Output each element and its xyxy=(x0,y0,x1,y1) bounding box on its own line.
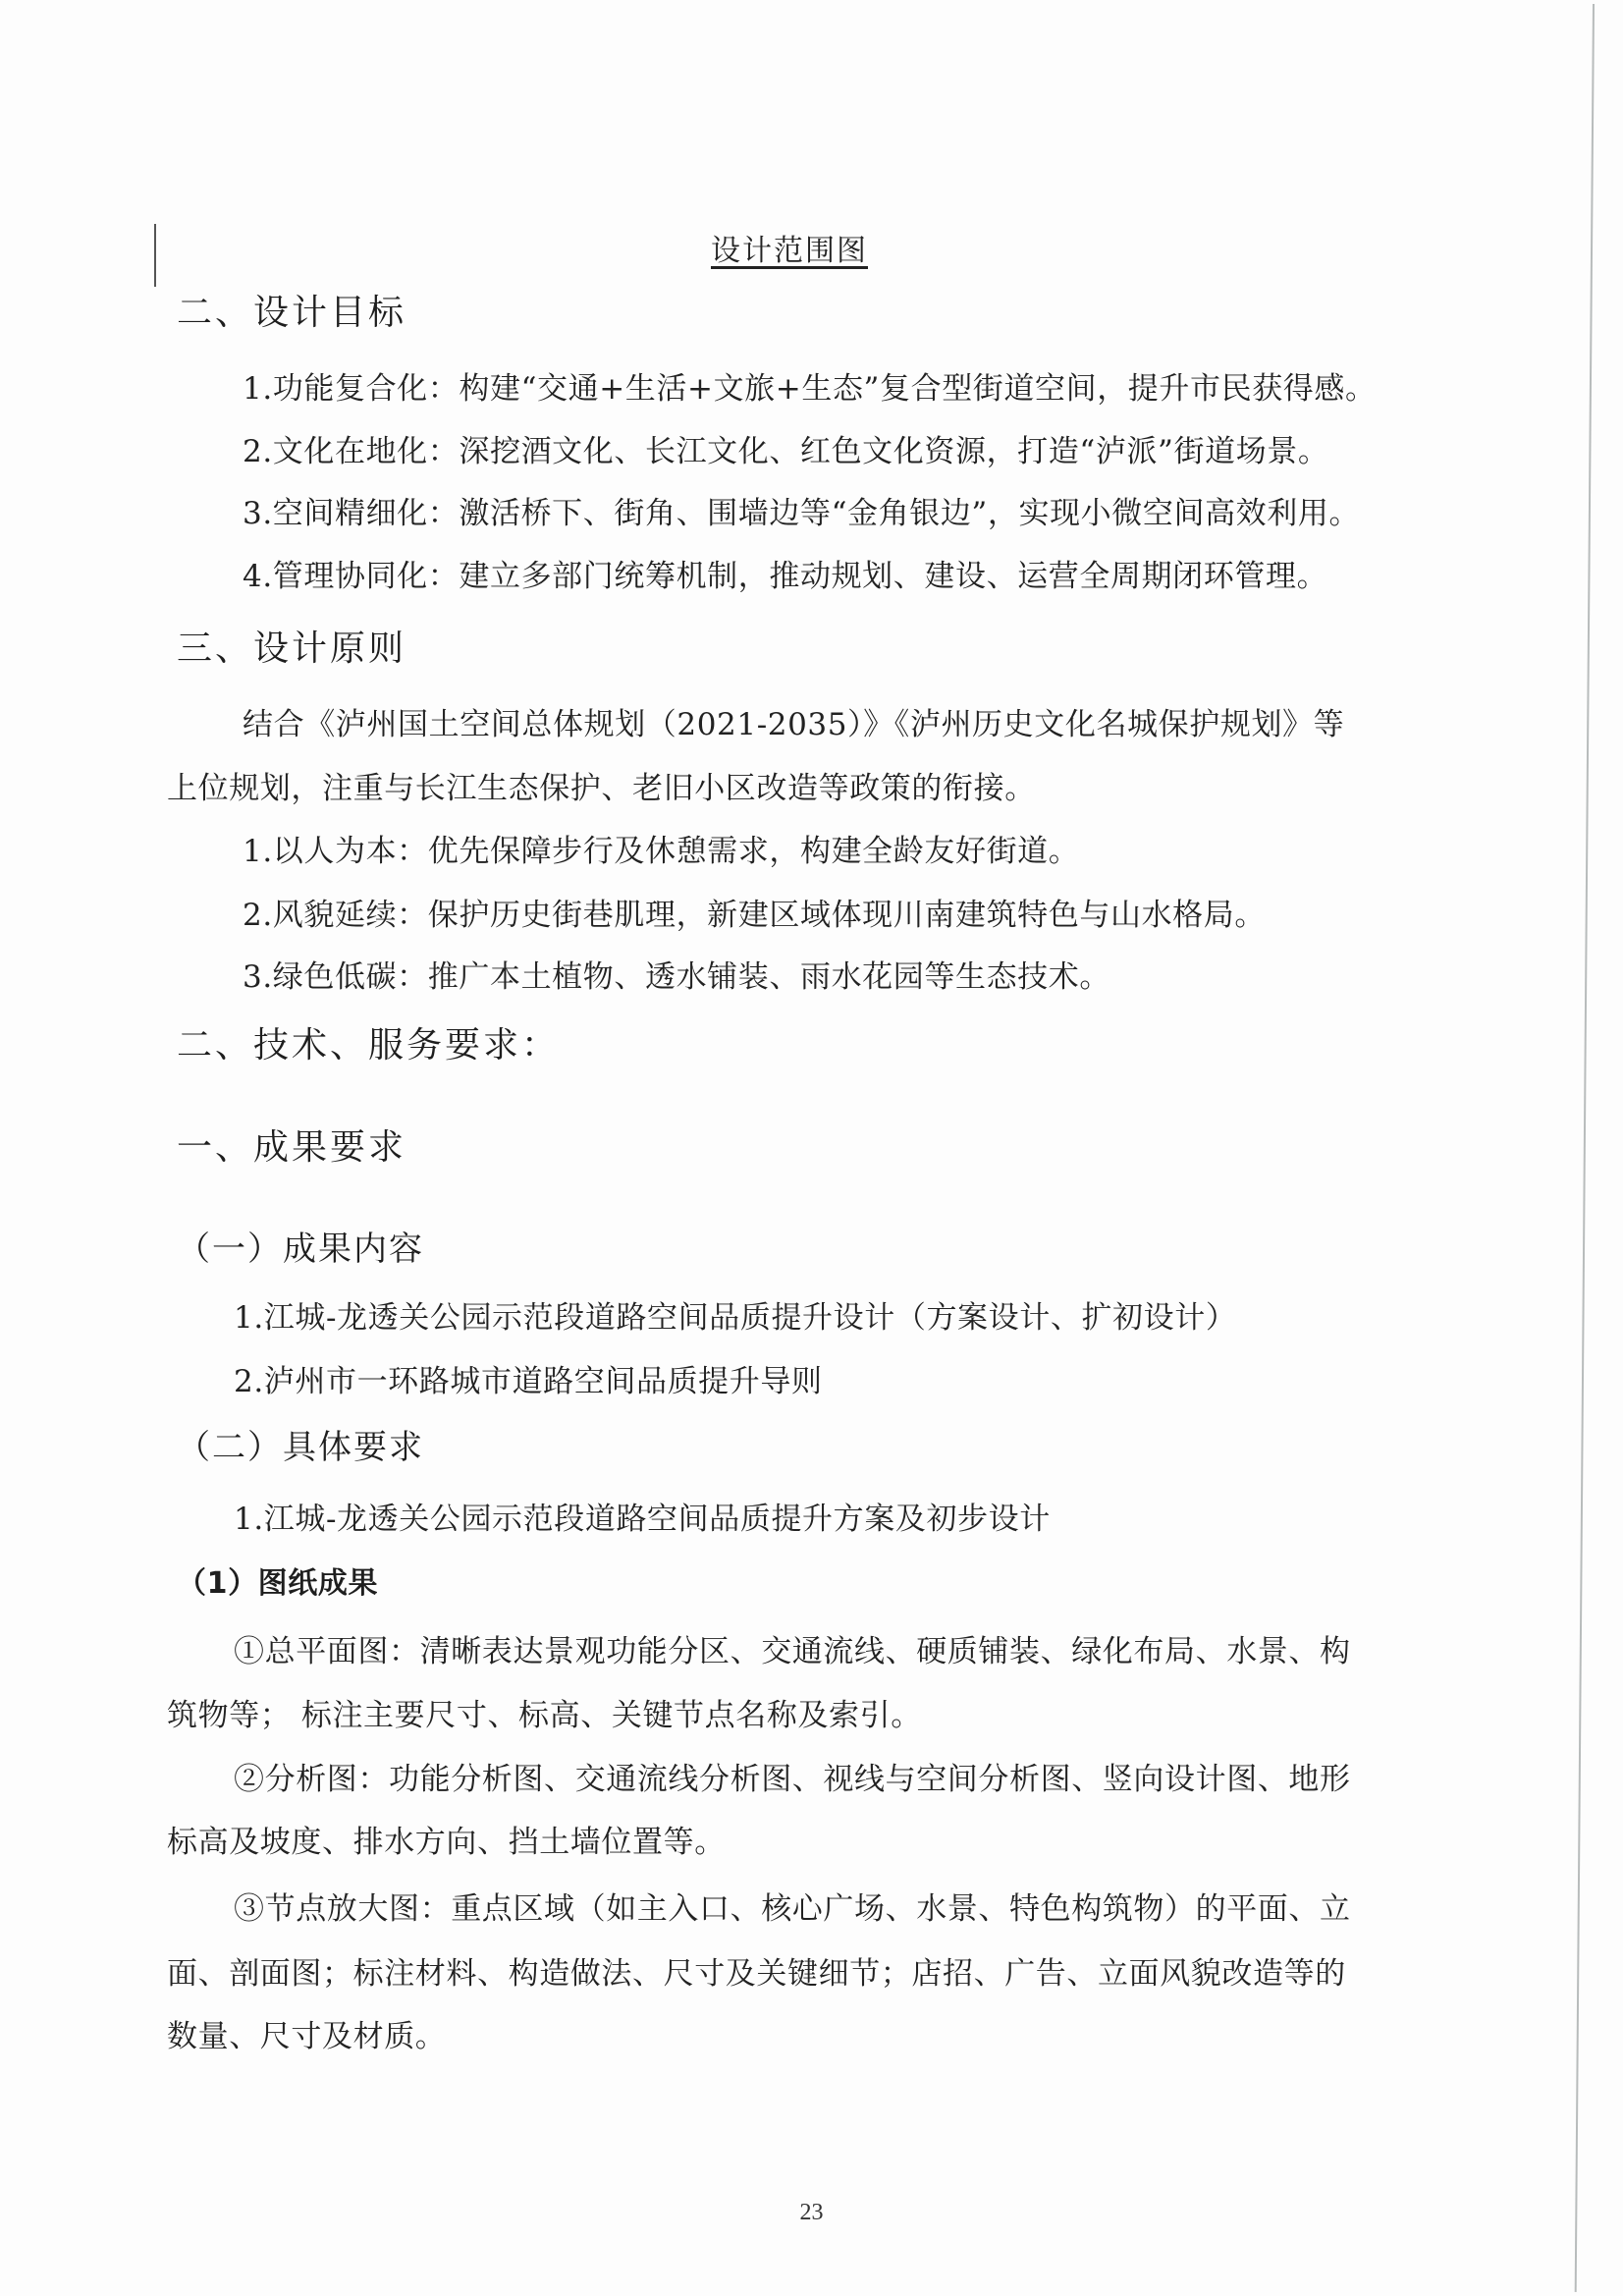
principles-intro-line2: 上位规划，注重与长江生态保护、老旧小区改造等政策的衔接。 xyxy=(167,769,1036,808)
goal-item-4: 4.管理协同化：建立多部门统筹机制，推动规划、建设、运营全周期闭环管理。 xyxy=(243,557,1327,596)
principle-item-1: 1.以人为本：优先保障步行及休憩需求，构建全龄友好街道。 xyxy=(243,832,1079,871)
deliverable-item-2: 2.泸州市一环路城市道路空间品质提升导则 xyxy=(234,1362,823,1401)
margin-bar xyxy=(154,224,156,287)
goal-item-3: 3.空间精细化：激活桥下、街角、围墙边等“金角银边”，实现小微空间高效利用。 xyxy=(243,494,1360,533)
principle-item-3: 3.绿色低碳：推广本土植物、透水铺装、雨水花园等生态技术。 xyxy=(243,957,1110,997)
subheading-deliverable-content: （一）成果内容 xyxy=(177,1228,424,1271)
scan-edge-line xyxy=(1575,4,1595,2292)
drawing-p3-line1: ③节点放大图：重点区域（如主入口、核心广场、水景、特色构筑物）的平面、立 xyxy=(234,1889,1351,1929)
deliverable-item-1: 1.江城-龙透关公园示范段道路空间品质提升设计（方案设计、扩初设计） xyxy=(234,1298,1236,1338)
specific-item-1: 1.江城-龙透关公园示范段道路空间品质提升方案及初步设计 xyxy=(234,1500,1051,1539)
goal-item-1: 1.功能复合化：构建“交通+生活+文旅+生态”复合型街道空间，提升市民获得感。 xyxy=(243,369,1377,409)
drawing-p3-line3: 数量、尺寸及材质。 xyxy=(167,2017,446,2056)
drawing-p2-line1: ②分析图：功能分析图、交通流线分析图、视线与空间分析图、竖向设计图、地形 xyxy=(234,1760,1351,1799)
drawing-p2-line2: 标高及坡度、排水方向、挡土墙位置等。 xyxy=(167,1823,726,1862)
subheading-specific-requirements: （二）具体要求 xyxy=(177,1426,424,1469)
subheading-drawings: （1）图纸成果 xyxy=(177,1564,378,1604)
principles-intro-line1: 结合《泸州国土空间总体规划（2021-2035）》《泸州历史文化名城保护规划》等 xyxy=(243,705,1344,744)
drawing-p1-line1: ①总平面图：清晰表达景观功能分区、交通流线、硬质铺装、绿化布局、水景、构 xyxy=(234,1632,1351,1671)
drawing-p3-line2: 面、剖面图；标注材料、构造做法、尺寸及关键细节；店招、广告、立面风貌改造等的 xyxy=(167,1954,1346,1994)
drawing-p1-line2: 筑物等； 标注主要尺寸、标高、关键节点名称及索引。 xyxy=(167,1696,922,1735)
goal-item-2: 2.文化在地化：深挖酒文化、长江文化、红色文化资源，打造“泸派”街道场景。 xyxy=(243,432,1328,471)
heading-tech-service: 二、技术、服务要求： xyxy=(177,1023,560,1068)
heading-design-principles: 三、设计原则 xyxy=(177,627,406,672)
document-page: 设计范围图 二、设计目标 1.功能复合化：构建“交通+生活+文旅+生态”复合型街… xyxy=(0,0,1623,2296)
principle-item-2: 2.风貌延续：保护历史街巷肌理，新建区域体现川南建筑特色与山水格局。 xyxy=(243,896,1266,935)
page-number: 23 xyxy=(0,2200,1623,2226)
heading-design-goals: 二、设计目标 xyxy=(177,291,406,336)
figure-caption: 设计范围图 xyxy=(711,232,868,271)
heading-deliverables: 一、成果要求 xyxy=(177,1125,406,1171)
